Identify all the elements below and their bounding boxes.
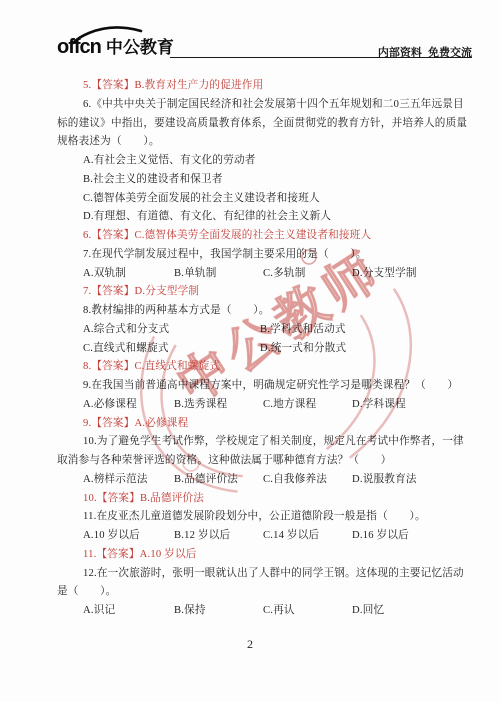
answer-line-10: 10.【答案】B.品德评价法 — [57, 490, 457, 509]
option-c: C.地方课程 — [263, 396, 352, 415]
option-b: B.保持 — [174, 602, 263, 621]
offcn-logo: offcn 中公教育 — [57, 33, 174, 59]
option-a: A.必修课程 — [83, 396, 174, 415]
answer-line-7: 7.【答案】D.分支型学制 — [57, 283, 457, 302]
answer-line-8: 8.【答案】C.直线式和螺旋式 — [57, 358, 457, 377]
header-rule — [170, 57, 472, 58]
option-b: B.选秀课程 — [174, 396, 263, 415]
page-number: 2 — [0, 637, 500, 652]
question-12-line-1: 12.在一次旅游时，张明一眼就认出了人群中的同学王钢。这体现的主要记忆活动 — [57, 565, 457, 584]
question-10-line-1: 10.为了避免学生考试作弊，学校规定了相关制度，规定凡在考试中作弊者，一律 — [57, 433, 457, 452]
option-b: B.学科式和活动式 — [260, 321, 346, 340]
question-10-options-row: A.榜样示范法 B.品德评价法 C.自我修养法 D.说服教育法 — [57, 471, 457, 490]
option-c: C.直线式和螺旋式 — [83, 340, 260, 359]
question-12-options-row: A.识记 B.保持 C.再认 D.回忆 — [57, 602, 457, 621]
question-6-option-d: D.有理想、有道德、有文化、有纪律的社会主义新人 — [57, 208, 457, 227]
option-c: C.14 岁以后 — [263, 527, 352, 546]
question-6-line-3: 规格表述为（ ）。 — [57, 133, 457, 152]
option-d: D.统一式和分散式 — [260, 340, 346, 359]
logo-text-en: offcn — [57, 35, 101, 59]
question-9-options-row: A.必修课程 B.选秀课程 C.地方课程 D.学科课程 — [57, 396, 457, 415]
option-a: A.榜样示范法 — [83, 471, 174, 490]
page-header: offcn 中公教育 内部资料 免费交流 — [0, 0, 500, 60]
answer-line-5: 5.【答案】B.教育对生产力的促进作用 — [57, 77, 457, 96]
question-8-options-row-1: A.综合式和分支式 B.学科式和活动式 — [57, 321, 457, 340]
option-c: C.再认 — [263, 602, 352, 621]
question-7-stem: 7.在现代学制发展过程中，我国学制主要采用的是（ ）。 — [57, 246, 457, 265]
option-a: A.10 岁以后 — [83, 527, 174, 546]
question-11-stem: 11.在皮亚杰儿童道德发展阶段划分中，公正道德阶段一般是指（ ）。 — [57, 508, 457, 527]
question-6-line-1: 6.《中共中央关于制定国民经济和社会发展第十四个五年规划和二0三五年远景目 — [57, 96, 457, 115]
question-8-stem: 8.教材编排的两种基本方式是（ ）。 — [57, 302, 457, 321]
question-content: 5.【答案】B.教育对生产力的促进作用 6.《中共中央关于制定国民经济和社会发展… — [57, 77, 457, 621]
question-11-options-row: A.10 岁以后 B.12 岁以后 C.14 岁以后 D.16 岁以后 — [57, 527, 457, 546]
option-b: B.单轨制 — [174, 265, 263, 284]
option-d: D.16 岁以后 — [352, 527, 409, 546]
option-d: D.回忆 — [352, 602, 384, 621]
question-6-option-b: B.社会主义的建设者和保卫者 — [57, 171, 457, 190]
option-d: D.分支型学制 — [352, 265, 417, 284]
question-12-line-2: 是（ ）。 — [57, 583, 457, 602]
option-d: D.学科课程 — [352, 396, 406, 415]
question-7-options-row: A.双轨制 B.单轨制 C.多轨制 D.分支型学制 — [57, 265, 457, 284]
question-6-option-a: A.有社会主义觉悟、有文化的劳动者 — [57, 152, 457, 171]
option-a: A.双轨制 — [83, 265, 174, 284]
question-9-stem: 9.在我国当前普通高中课程方案中，明确规定研究性学习是哪类课程？（ ） — [57, 377, 457, 396]
option-d: D.说服教育法 — [352, 471, 417, 490]
option-a: A.综合式和分支式 — [83, 321, 260, 340]
answer-line-11: 11.【答案】A.10 岁以后 — [57, 546, 457, 565]
question-6-line-2: 标的建议》中指出，要建设高质量教育体系，全面贯彻党的教育方针，并培养人的质量 — [57, 115, 457, 134]
option-b: B.12 岁以后 — [174, 527, 263, 546]
logo-text-cn: 中公教育 — [106, 36, 174, 59]
option-c: C.自我修养法 — [263, 471, 352, 490]
question-6-option-c: C.德智体美劳全面发展的社会主义建设者和接班人 — [57, 190, 457, 209]
question-8-options-row-2: C.直线式和螺旋式 D.统一式和分散式 — [57, 340, 457, 359]
option-b: B.品德评价法 — [174, 471, 263, 490]
option-a: A.识记 — [83, 602, 174, 621]
answer-line-6: 6.【答案】C.德智体美劳全面发展的社会主义建设者和接班人 — [57, 227, 457, 246]
answer-line-9: 9.【答案】A.必修课程 — [57, 415, 457, 434]
question-10-line-2: 取消参与各种荣誉评选的资格。这种做法属于哪种德育方法？（ ） — [57, 452, 457, 471]
option-c: C.多轨制 — [263, 265, 352, 284]
document-page: 中公教师 offcn 中公教育 内部资料 免费交流 5.【答案】B.教育对生产力… — [0, 0, 500, 702]
